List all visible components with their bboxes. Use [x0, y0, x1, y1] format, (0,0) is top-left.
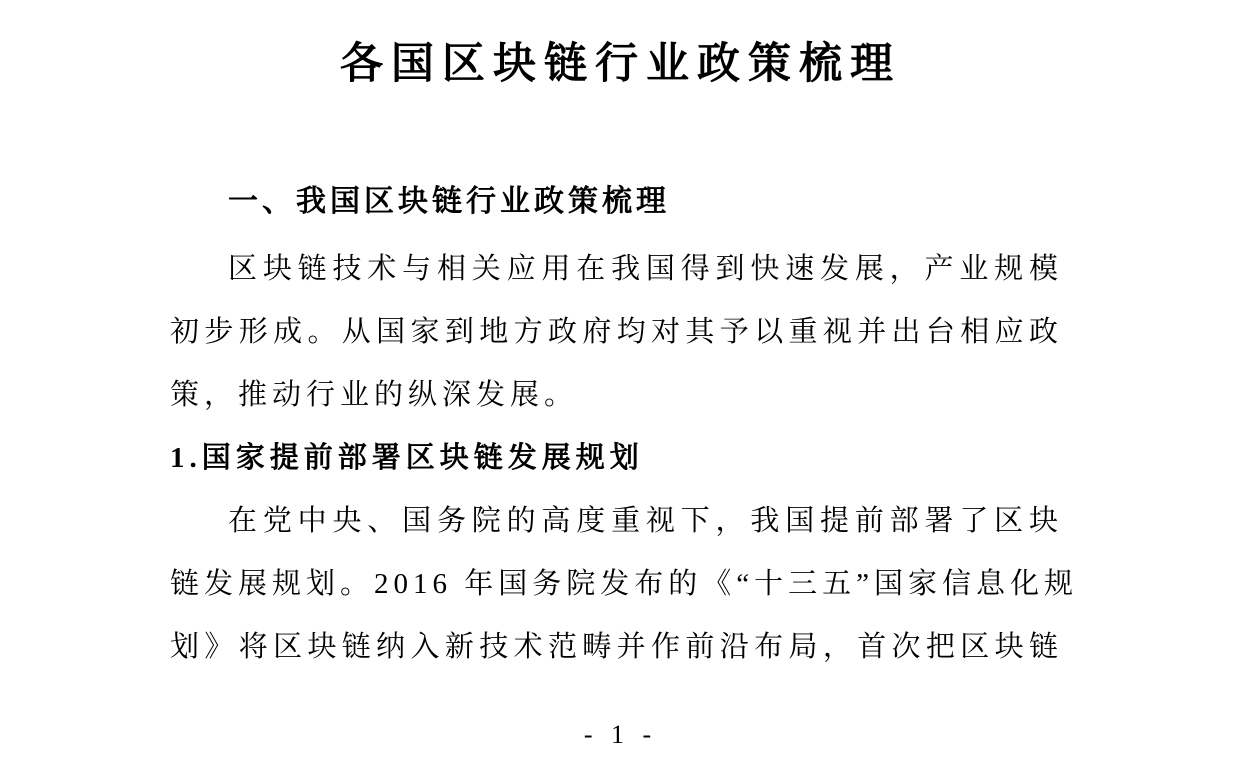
document-page: 各国区块链行业政策梳理 一、我国区块链行业政策梳理 区块链技术与相关应用在我国得… [0, 0, 1241, 776]
paragraph2-line-3: 划》将区块链纳入新技术范畴并作前沿布局，首次把区块链 [170, 616, 1063, 679]
page-number: - 1 - [0, 720, 1241, 750]
document-body: 一、我国区块链行业政策梳理 区块链技术与相关应用在我国得到快速发展，产业规模 初… [170, 182, 1063, 679]
body-text-block: 区块链技术与相关应用在我国得到快速发展，产业规模 初步形成。从国家到地方政府均对… [170, 238, 1063, 679]
paragraph2-line-1: 在党中央、国务院的高度重视下，我国提前部署了区块 [170, 490, 1063, 553]
paragraph1-line-3: 策，推动行业的纵深发展。 [170, 364, 1063, 427]
subsection-heading: 1.国家提前部署区块链发展规划 [170, 427, 1063, 490]
paragraph2-line-2: 链发展规划。2016 年国务院发布的《“十三五”国家信息化规 [170, 553, 1063, 616]
paragraph1-line-2: 初步形成。从国家到地方政府均对其予以重视并出台相应政 [170, 301, 1063, 364]
paragraph1-line-1: 区块链技术与相关应用在我国得到快速发展，产业规模 [170, 238, 1063, 301]
section-heading: 一、我国区块链行业政策梳理 [170, 182, 1063, 222]
document-title: 各国区块链行业政策梳理 [0, 38, 1241, 92]
